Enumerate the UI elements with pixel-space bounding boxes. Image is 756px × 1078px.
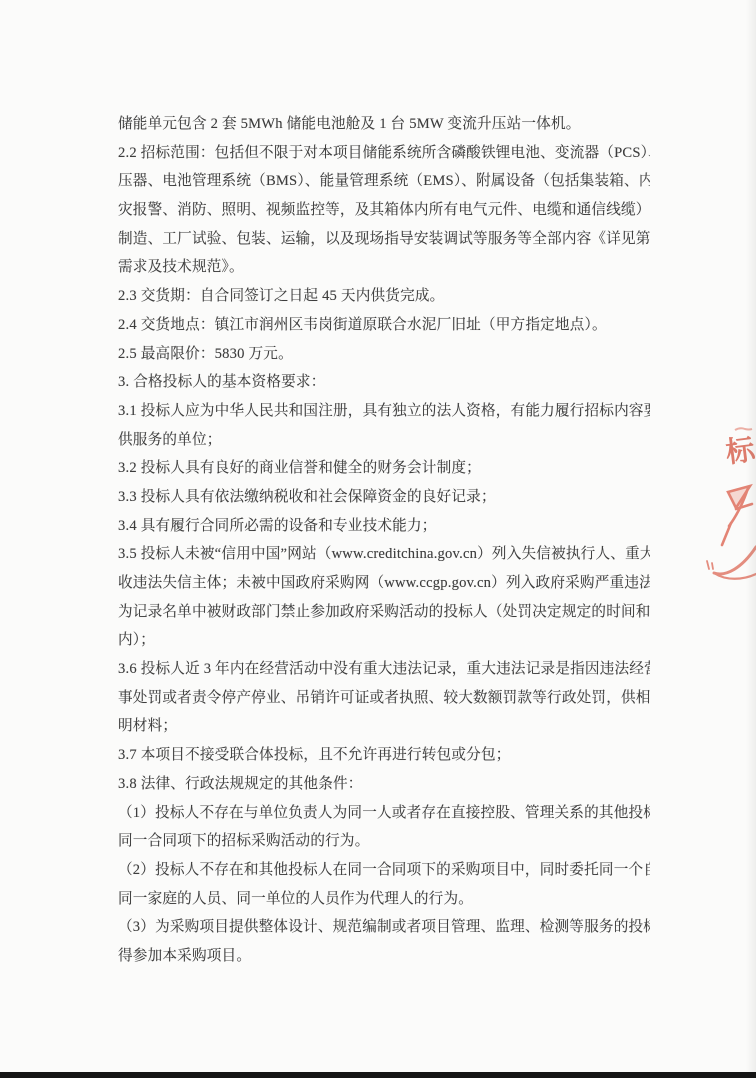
scanned-document-page: 储能单元包含 2 套 5MWh 储能电池舱及 1 台 5MW 变流升压站一体机。… [0, 0, 756, 1078]
text-line: 需求及技术规范》。 [118, 253, 650, 282]
scan-right-edge-shade [746, 0, 756, 1078]
text-line: （1）投标人不存在与单位负责人为同一人或者存在直接控股、管理关系的其他投标人参与 [118, 799, 650, 828]
text-line: 内）； [118, 626, 650, 655]
text-line: 3.6 投标人近 3 年内在经营活动中没有重大违法记录，重大违法记录是指因违法经… [118, 655, 650, 684]
text-line: 3.1 投标人应为中华人民共和国注册，具有独立的法人资格，有能力履行招标内容要求… [118, 397, 650, 426]
text-line: 2.2 招标范围：包括但不限于对本项目储能系统所含磷酸铁锂电池、变流器（PCS）… [118, 139, 650, 168]
scan-bottom-strip [0, 1072, 756, 1078]
text-line: 供服务的单位； [118, 426, 650, 455]
text-line: 2.5 最高限价：5830 万元。 [118, 340, 650, 369]
text-line: 明材料； [118, 712, 650, 741]
text-line: 2.3 交货期：自合同签订之日起 45 天内供货完成。 [118, 282, 650, 311]
text-line: 2.4 交货地点：镇江市润州区韦岗街道原联合水泥厂旧址（甲方指定地点）。 [118, 311, 650, 340]
text-line: 同一合同项下的招标采购活动的行为。 [118, 827, 650, 856]
text-line: 3. 合格投标人的基本资格要求： [118, 368, 650, 397]
text-line: 灾报警、消防、照明、视频监控等，及其箱体内所有电气元件、电缆和通信线缆）等的设计… [118, 196, 650, 225]
text-line: 3.4 具有履行合同所必需的设备和专业技术能力； [118, 512, 650, 541]
text-line: 3.5 投标人未被“信用中国”网站（www.creditchina.gov.cn… [118, 540, 650, 569]
text-line: 3.3 投标人具有依法缴纳税收和社会保障资金的良好记录； [118, 483, 650, 512]
text-line: （2）投标人不存在和其他投标人在同一合同项下的采购项目中，同时委托同一个自然人、 [118, 856, 650, 885]
text-line: 得参加本采购项目。 [118, 942, 650, 971]
text-line: 为记录名单中被财政部门禁止参加政府采购活动的投标人（处罚决定规定的时间和地域范围 [118, 598, 650, 627]
text-line: 制造、工厂试验、包装、运输，以及现场指导安装调试等服务等全部内容《详见第四章招标 [118, 225, 650, 254]
text-line: 3.7 本项目不接受联合体投标，且不允许再进行转包或分包； [118, 741, 650, 770]
text-line: 同一家庭的人员、同一单位的人员作为代理人的行为。 [118, 885, 650, 914]
document-text: 储能单元包含 2 套 5MWh 储能电池舱及 1 台 5MW 变流升压站一体机。… [118, 110, 650, 971]
text-line: 3.2 投标人具有良好的商业信誉和健全的财务会计制度； [118, 454, 650, 483]
text-line: 3.8 法律、行政法规规定的其他条件： [118, 770, 650, 799]
text-line: 事处罚或者责令停产停业、吊销许可证或者执照、较大数额罚款等行政处罚，供相关书面声 [118, 684, 650, 713]
text-line: 储能单元包含 2 套 5MWh 储能电池舱及 1 台 5MW 变流升压站一体机。 [118, 110, 650, 139]
text-line: （3）为采购项目提供整体设计、规范编制或者项目管理、监理、检测等服务的投标人，不 [118, 913, 650, 942]
text-line: 收违法失信主体；未被中国政府采购网（www.ccgp.gov.cn）列入政府采购… [118, 569, 650, 598]
text-line: 压器、电池管理系统（BMS）、能量管理系统（EMS）、附属设备（包括集装箱、内部… [118, 167, 650, 196]
